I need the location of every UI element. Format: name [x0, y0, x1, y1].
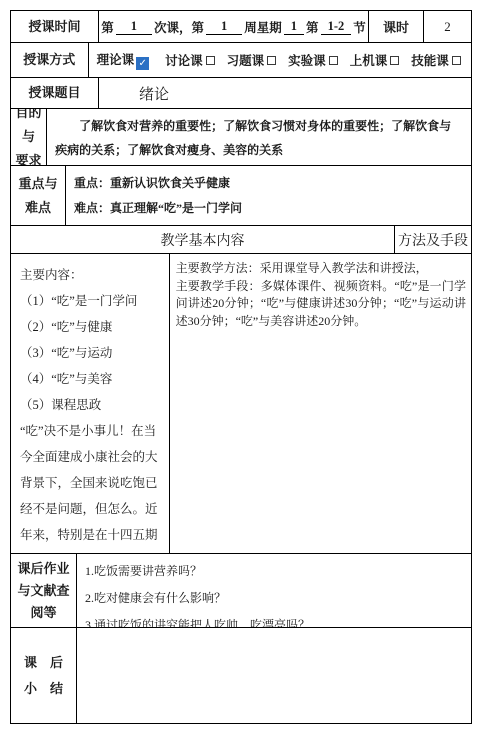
homework-items: 1.吃饭需要讲营养吗？ 2.吃对健康会有什么影响？ 3.通过吃饭的讲究能把人吃帅… [77, 554, 472, 628]
weekday-field: 1 [284, 19, 304, 35]
teaching-time-label: 授课时间 [11, 11, 99, 43]
keypoints-text: 重点：重新认识饮食关乎健康 难点：真正理解“吃”是一门学问 [66, 166, 472, 226]
class-hours-label: 课时 [369, 11, 424, 43]
week-number-field: 1 [206, 19, 242, 35]
lesson-number-field: 1 [116, 19, 152, 35]
teaching-time-value: 第1次课，第1周星期1第1-2节 [99, 11, 369, 43]
checkbox-icon[interactable] [267, 56, 276, 65]
row-teaching-time: 授课时间 第1次课，第1周星期1第1-2节 课时 2 [11, 11, 472, 43]
methods-paragraph: 主要教学手段：多媒体课件、视频资料。“吃”是一门学问讲述20分钟；“吃”与健康讲… [176, 278, 466, 331]
row-summary: 课 后 小 结 [11, 628, 472, 724]
keypoint-line: 重点：重新认识饮食关乎健康 [74, 171, 463, 196]
topic-label: 授课题目 [11, 78, 99, 109]
checkbox-icon[interactable] [206, 56, 215, 65]
teaching-method-label: 授课方式 [11, 43, 89, 78]
option-computer: 上机课 [350, 51, 400, 69]
option-skill: 技能课 [411, 51, 461, 69]
main-content: 主要内容： （1）“吃”是一门学问 （2）“吃”与健康 （3）“吃”与运动 （4… [11, 254, 170, 554]
content-item: （4）“吃”与美容 [20, 366, 159, 392]
option-discussion: 讨论课 [165, 51, 215, 69]
content-item: （1）“吃”是一门学问 [20, 288, 159, 314]
teaching-method-options: 理论课✓ 讨论课 习题课 实验课 上机课 技能课 其他 [89, 43, 472, 78]
purpose-text: 了解饮食对营养的重要性；了解饮食习惯对身体的重要性；了解饮食与疾病的关系；了解饮… [47, 109, 472, 166]
keypoints-label: 重点与 难点 [11, 166, 66, 226]
content-paragraph: “吃”决不是小事儿！在当今全面建成小康社会的大背景下，全国来说吃饱已经不是问题，… [20, 418, 159, 554]
time-sep3: 第 [306, 18, 319, 36]
checkbox-icon[interactable] [452, 56, 461, 65]
time-sep2: 周星期 [244, 18, 282, 36]
homework-item: 3.通过吃饭的讲究能把人吃帅、吃漂亮吗？ [85, 612, 463, 628]
time-sep1: 次课，第 [154, 18, 204, 36]
homework-item: 2.吃对健康会有什么影响？ [85, 585, 463, 612]
purpose-label: 目的与 要求 [11, 109, 47, 166]
row-teaching-method: 授课方式 理论课✓ 讨论课 习题课 实验课 上机课 技能课 其他 [11, 43, 472, 78]
homework-label: 课后作业 与文献查 阅等 [11, 554, 77, 628]
time-prefix: 第 [101, 18, 114, 36]
period-field: 1-2 [321, 19, 352, 35]
content-intro: 主要内容： [20, 262, 159, 288]
checkbox-icon[interactable] [390, 56, 399, 65]
row-main-content: 主要内容： （1）“吃”是一门学问 （2）“吃”与健康 （3）“吃”与运动 （4… [11, 254, 472, 554]
option-theory: 理论课✓ [97, 50, 150, 70]
difficulty-line: 难点：真正理解“吃”是一门学问 [74, 196, 463, 221]
summary-label: 课 后 小 结 [11, 628, 77, 724]
time-suffix: 节 [353, 18, 366, 36]
row-keypoints: 重点与 难点 重点：重新认识饮食关乎健康 难点：真正理解“吃”是一门学问 [11, 166, 472, 226]
row-purpose: 目的与 要求 了解饮食对营养的重要性；了解饮食习惯对身体的重要性；了解饮食与疾病… [11, 109, 472, 166]
row-topic: 授课题目 绪论 [11, 78, 472, 109]
content-header-right: 方法及手段 [395, 226, 472, 254]
lesson-plan-page: 授课时间 第1次课，第1周星期1第1-2节 课时 2 授课方式 理论课✓ 讨论课… [0, 0, 482, 736]
row-homework: 课后作业 与文献查 阅等 1.吃饭需要讲营养吗？ 2.吃对健康会有什么影响？ 3… [11, 554, 472, 628]
option-experiment: 实验课 [288, 51, 338, 69]
content-item: （5）课程思政 [20, 392, 159, 418]
option-exercise: 习题课 [227, 51, 277, 69]
checkbox-icon[interactable] [329, 56, 338, 65]
class-hours-value: 2 [424, 11, 472, 43]
content-item: （2）“吃”与健康 [20, 314, 159, 340]
checkbox-checked-icon[interactable]: ✓ [136, 57, 149, 70]
methods-paragraph: 主要教学方法：采用课堂导入教学法和讲授法， [176, 260, 466, 278]
summary-content [77, 628, 472, 724]
homework-item: 1.吃饭需要讲营养吗？ [85, 558, 463, 585]
row-content-header: 教学基本内容 方法及手段 [11, 226, 472, 254]
methods-column: 主要教学方法：采用课堂导入教学法和讲授法， 主要教学手段：多媒体课件、视频资料。… [170, 254, 472, 554]
topic-value: 绪论 [99, 78, 472, 109]
content-item: （3）“吃”与运动 [20, 340, 159, 366]
content-header-left: 教学基本内容 [11, 226, 395, 254]
lesson-plan-table: 授课时间 第1次课，第1周星期1第1-2节 课时 2 授课方式 理论课✓ 讨论课… [10, 10, 472, 724]
